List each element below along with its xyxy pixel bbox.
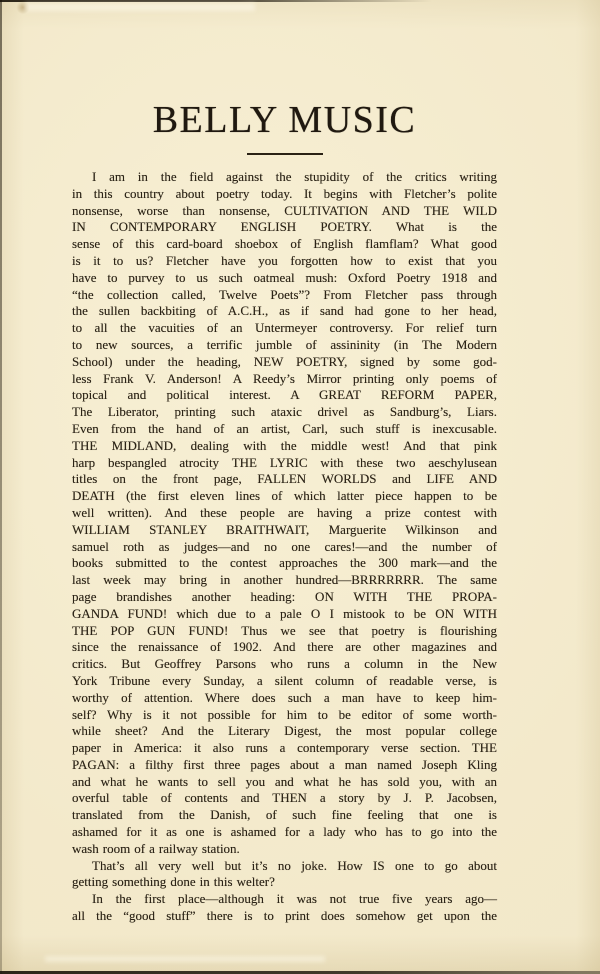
text-line: critics. But Geoffrey Parsons who runs a… (72, 656, 497, 673)
text-line: IN CONTEMPORARY ENGLISH POETRY. What is … (72, 219, 497, 236)
text-line: “the collection called, Twelve Poets”? F… (72, 287, 497, 304)
text-line: self? Why is it not possible for him to … (72, 707, 497, 724)
text-line: York Tribune every Sunday, a silent colu… (72, 673, 497, 690)
text-line: harp bespangled atrocity THE LYRIC with … (72, 455, 497, 472)
text-line: nonsense, worse than nonsense, CULTIVATI… (72, 203, 497, 220)
text-line: in this country about poetry today. It b… (72, 186, 497, 203)
text-line: ashamed for it as one is ashamed for a l… (72, 824, 497, 841)
text-line: have to purvey to us such oatmeal mush: … (72, 270, 497, 287)
text-line: and what he wants to sell you and what h… (72, 774, 497, 791)
text-line: since the renaissance of 1902. And there… (72, 639, 497, 656)
text-line: all the “good stuff” there is to print d… (72, 908, 497, 925)
text-line: translated from the Danish, of such fine… (72, 807, 497, 824)
text-line: PAGAN: a filthy first three pages about … (72, 757, 497, 774)
text-line: titles on the front page, FALLEN WORLDS … (72, 471, 497, 488)
text-line: the sullen backbiting of A.C.H., as if s… (72, 303, 497, 320)
text-line: books submitted to the contest approache… (72, 555, 497, 572)
text-line: WILLIAM STANLEY BRAITHWAIT, Marguerite W… (72, 522, 497, 539)
text-line: worthy of attention. Where does such a m… (72, 690, 497, 707)
text-line: overful table of contents and THEN a sto… (72, 790, 497, 807)
text-line: to all the vacuities of an Untermeyer co… (72, 320, 497, 337)
text-line: I am in the field against the stupidity … (72, 169, 497, 186)
text-line: In the first place—although it was not t… (72, 891, 497, 908)
page-title: BELLY MUSIC (72, 100, 497, 140)
body-copy: I am in the field against the stupidity … (72, 169, 497, 925)
text-line: while sheet? And the Literary Digest, th… (72, 723, 497, 740)
text-line: DEATH (the first eleven lines of which l… (72, 488, 497, 505)
paper-texture-bottom (45, 956, 325, 962)
scan-border-left (0, 0, 2, 974)
text-line: less Frank V. Anderson! A Reedy’s Mirror… (72, 371, 497, 388)
text-line: well written). And these people are havi… (72, 505, 497, 522)
text-line: paper in America: it also runs a contemp… (72, 740, 497, 757)
text-line: Even from the hand of an artist, Carl, s… (72, 421, 497, 438)
scan-border-top (0, 0, 432, 2)
text-line: The Liberator, printing such ataxic driv… (72, 404, 497, 421)
paper-texture-top (25, 3, 255, 11)
text-line: THE MIDLAND, dealing with the middle wes… (72, 438, 497, 455)
text-line: That’s all very well but it’s no joke. H… (72, 858, 497, 875)
text-line: GANDA FUND! which due to a pale O I mist… (72, 606, 497, 623)
text-line: page brandishes another heading: ON WITH… (72, 589, 497, 606)
text-line: School) under the heading, NEW POETRY, s… (72, 354, 497, 371)
text-line: topical and political interest. A GREAT … (72, 387, 497, 404)
text-line: to new sources, a terrific jumble of ass… (72, 337, 497, 354)
text-block: BELLY MUSIC I am in the field against th… (72, 100, 497, 925)
text-line: last week may bring in another hundred—B… (72, 572, 497, 589)
scanned-page: BELLY MUSIC I am in the field against th… (0, 0, 600, 974)
text-line: is it to us? Fletcher have you forgotten… (72, 253, 497, 270)
text-line: sense of this card-board shoebox of Engl… (72, 236, 497, 253)
text-line: wash room of a railway station. (72, 841, 497, 858)
text-line: THE POP GUN FUND! Thus we see that poetr… (72, 623, 497, 640)
title-divider (247, 153, 323, 155)
text-line: samuel roth as judges—and no one cares!—… (72, 539, 497, 556)
text-line: getting something done in this welter? (72, 874, 497, 891)
